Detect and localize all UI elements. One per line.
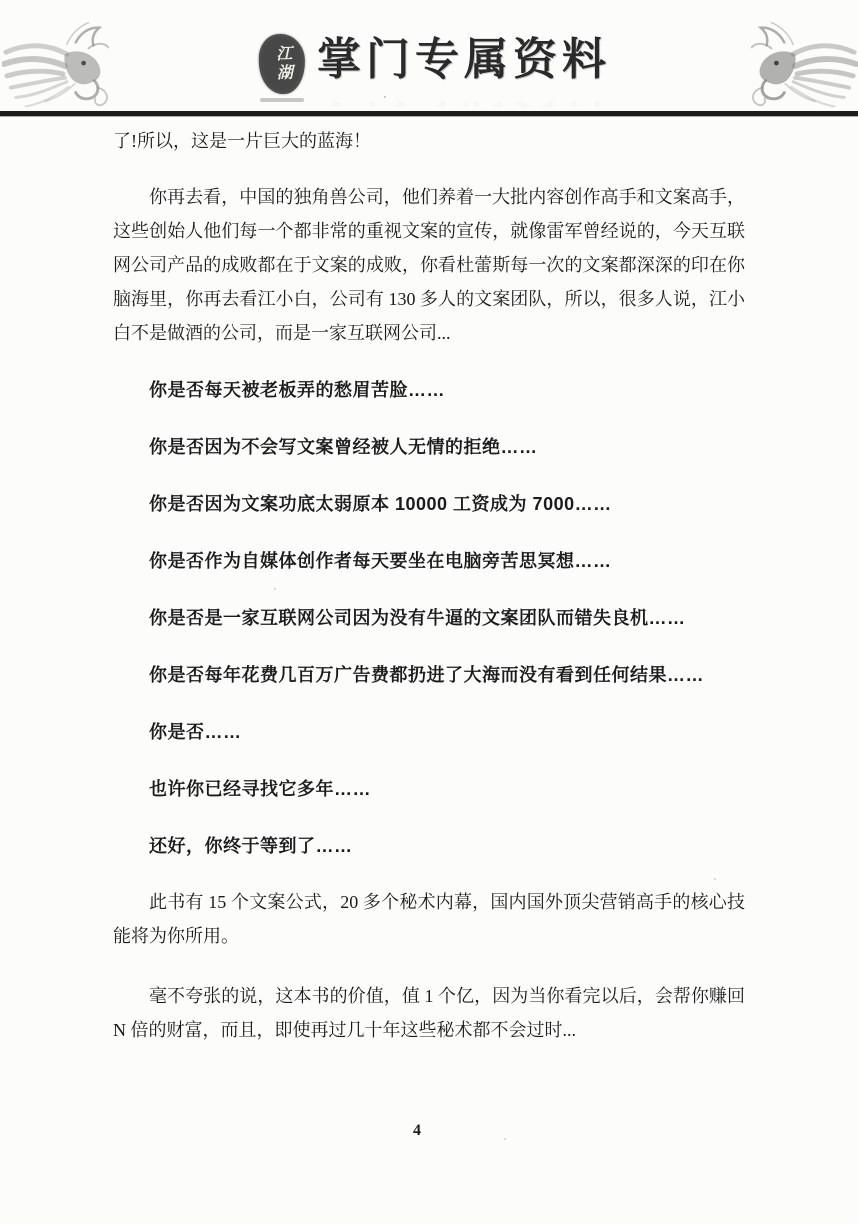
emphasis-line: 你是否因为文案功底太弱原本 10000 工资成为 7000……: [113, 487, 745, 521]
emphasis-line: 你是否因为不会写文案曾经被人无情的拒绝……: [113, 430, 745, 464]
seal-text: 江湖: [273, 45, 290, 84]
body-paragraph: 你再去看，中国的独角兽公司，他们养着一大批内容创作高手和文案高手，这些创始人他们…: [113, 180, 745, 350]
scan-speck: [384, 96, 386, 98]
body-paragraph: 了!所以，这是一片巨大的蓝海！: [113, 124, 745, 158]
title-reflection: 掌门专属资料: [317, 83, 611, 109]
title-block: 掌门专属资料 掌门专属资料: [317, 22, 611, 109]
body-paragraph: 毫不夸张的说，这本书的价值，值 1 个亿，因为当你看完以后，会帮你赚回 N 倍的…: [113, 979, 745, 1047]
jianghu-seal: 江湖: [259, 34, 305, 102]
document-body: 了!所以，这是一片巨大的蓝海！ 你再去看，中国的独角兽公司，他们养着一大批内容创…: [0, 124, 858, 1047]
page-header: 江湖 掌门专属资料 掌门专属资料: [0, 0, 858, 111]
seal-stamp: 江湖: [258, 33, 306, 95]
emphasis-line: 你是否作为自媒体创作者每天要坐在电脑旁苦思冥想……: [113, 544, 745, 578]
emphasis-line: 你是否每年花费几百万广告费都扔进了大海而没有看到任何结果……: [113, 658, 745, 692]
header-brand: 江湖 掌门专属资料 掌门专属资料: [6, 22, 858, 109]
seal-caption-mark: [260, 98, 304, 102]
header-divider: [0, 111, 858, 116]
body-paragraph: 此书有 15 个文案公式，20 多个秘术内幕，国内国外顶尖营销高手的核心技能将为…: [113, 885, 745, 953]
emphasis-line: 你是否是一家互联网公司因为没有牛逼的文案团队而错失良机……: [113, 601, 745, 635]
emphasis-line: 还好，你终于等到了……: [113, 829, 745, 863]
emphasis-line: 也许你已经寻找它多年……: [113, 772, 745, 806]
page-title: 掌门专属资料: [317, 22, 611, 82]
emphasis-line: 你是否……: [113, 715, 745, 749]
page-number: 4: [0, 1122, 846, 1140]
emphasis-line: 你是否每天被老板弄的愁眉苦脸……: [113, 373, 745, 407]
document-page: 江湖 掌门专属资料 掌门专属资料 了!所以，这是一片巨大的蓝海！ 你再去看，中国…: [0, 0, 858, 1224]
